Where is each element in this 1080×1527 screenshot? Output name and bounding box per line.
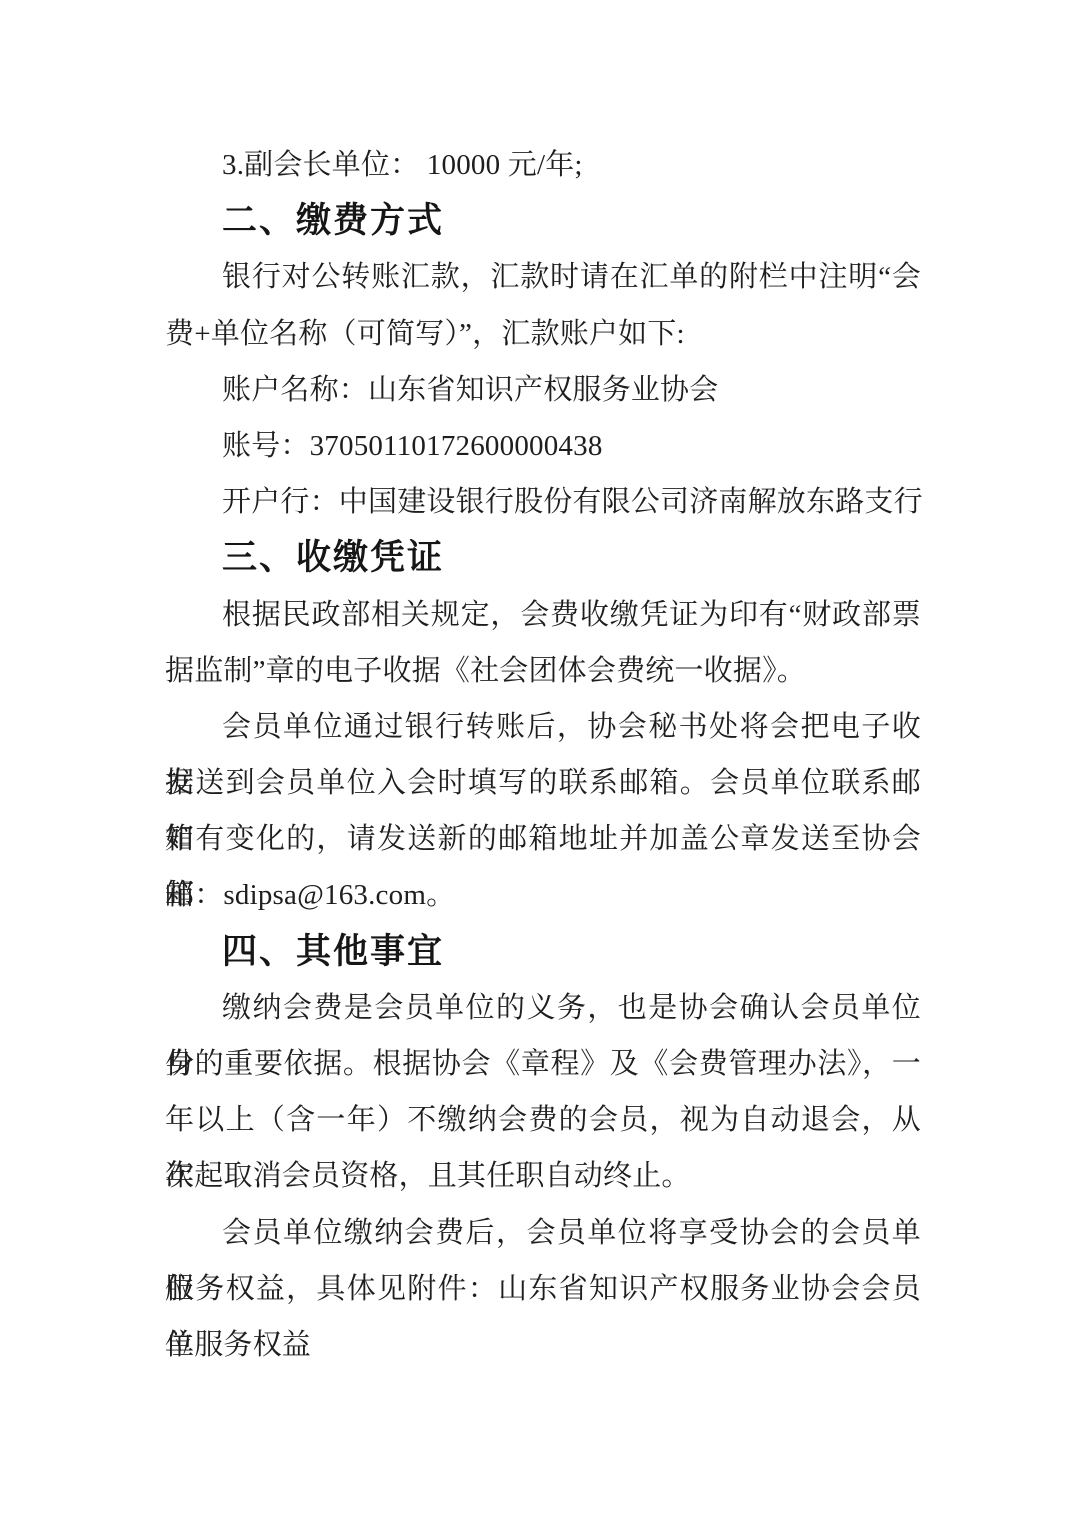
text-line: 缴纳会费是会员单位的义务，也是协会确认会员单位身 xyxy=(165,980,921,1036)
text-line: 如有变化的，请发送新的邮箱地址并加盖公章发送至协会邮 xyxy=(165,811,921,867)
text-line: 位服务权益 xyxy=(165,1317,921,1373)
text-line: 发送到会员单位入会时填写的联系邮箱。会员单位联系邮箱 xyxy=(165,755,921,811)
text-line: 箱：sdipsa@163.com。 xyxy=(165,867,921,923)
text-line: 服务权益，具体见附件：山东省知识产权服务业协会会员单 xyxy=(165,1261,921,1317)
document-body: 3.副会长单位： 10000 元/年;二、缴费方式银行对公转账汇款，汇款时请在汇… xyxy=(165,137,921,1373)
text-line: 年以上（含一年）不缴纳会费的会员，视为自动退会，从次 xyxy=(165,1092,921,1148)
text-line: 银行对公转账汇款，汇款时请在汇单的附栏中注明“会 xyxy=(165,249,921,305)
text-line: 会员单位通过银行转账后，协会秘书处将会把电子收据 xyxy=(165,699,921,755)
section-heading: 三、收缴凭证 xyxy=(165,530,921,586)
text-line: 根据民政部相关规定，会费收缴凭证为印有“财政部票 xyxy=(165,587,921,643)
text-line: 据监制”章的电子收据《社会团体会费统一收据》。 xyxy=(165,643,921,699)
text-line: 年起取消会员资格，且其任职自动终止。 xyxy=(165,1148,921,1204)
document-page: 3.副会长单位： 10000 元/年;二、缴费方式银行对公转账汇款，汇款时请在汇… xyxy=(0,0,1080,1527)
text-line: 账号：37050110172600000438 xyxy=(165,418,921,474)
text-line: 3.副会长单位： 10000 元/年; xyxy=(165,137,921,193)
section-heading: 四、其他事宜 xyxy=(165,924,921,980)
section-heading: 二、缴费方式 xyxy=(165,193,921,249)
text-line: 账户名称：山东省知识产权服务业协会 xyxy=(165,362,921,418)
text-line: 费+单位名称（可简写）”，汇款账户如下: xyxy=(165,306,921,362)
text-line: 开户行：中国建设银行股份有限公司济南解放东路支行 xyxy=(165,474,921,530)
text-line: 会员单位缴纳会费后，会员单位将享受协会的会员单位 xyxy=(165,1205,921,1261)
text-line: 份的重要依据。根据协会《章程》及《会费管理办法》，一 xyxy=(165,1036,921,1092)
